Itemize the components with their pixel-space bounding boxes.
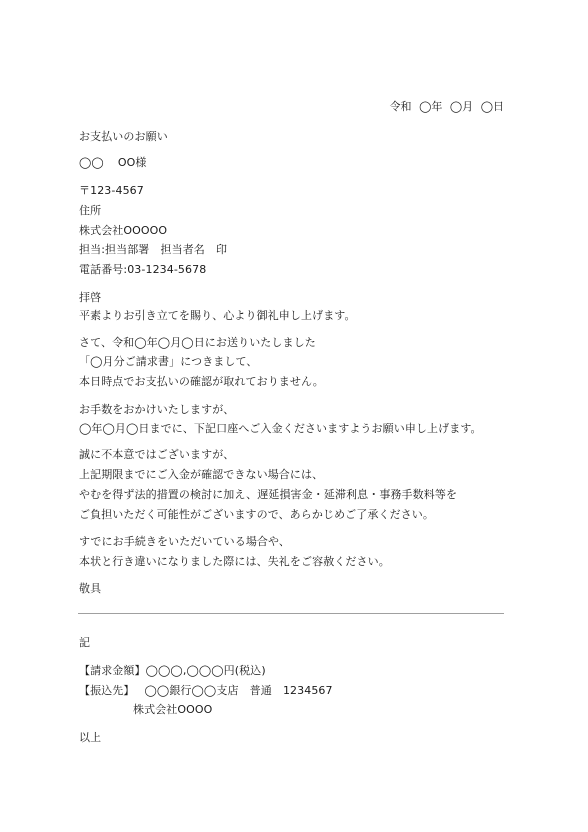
para4-line1: すでにお手続きをいただいている場合や、 (79, 535, 290, 549)
closing-salutation: 敬具 (79, 582, 101, 596)
date-day: ◯日 (481, 100, 504, 113)
account-label: 【振込先】 (79, 684, 135, 698)
end-mark: 以上 (79, 731, 101, 745)
para3-line1: 誠に不本意ではございますが、 (79, 448, 234, 462)
sender-contact: 担当:担当部署 担当者名 印 (79, 243, 227, 257)
sender-postal: 〒123-4567 (79, 184, 144, 198)
amount-row: 【請求金額】◯◯◯,◯◯◯円(税込) (79, 664, 266, 678)
greeting-line: 平素よりお引き立てを賜り、心より御礼申し上げます。 (79, 309, 356, 323)
account-row: 【振込先】◯◯銀行◯◯支店 普通 1234567 (79, 684, 333, 698)
sender-address: 住所 (79, 204, 101, 218)
sender-phone: 電話番号:03-1234-5678 (79, 263, 206, 277)
para1-line2: 「◯月分ご請求書」につきまして、 (79, 355, 257, 369)
sender-company: 株式会社OOOOO (79, 224, 167, 238)
account-value: ◯◯銀行◯◯支店 普通 1234567 (145, 684, 333, 697)
date-month: ◯月 (450, 100, 473, 113)
issue-date: 令和 ◯年 ◯月 ◯日 (390, 100, 504, 114)
document-title: お支払いのお願い (79, 130, 168, 144)
opening-salutation: 拝啓 (79, 291, 101, 305)
recipient: ◯◯OO様 (79, 156, 146, 170)
para4-line2: 本状と行き違いになりました際には、失礼をご容赦ください。 (79, 555, 390, 569)
para3-line4: ご負担いただく可能性がございますので、あらかじめご了承ください。 (79, 508, 434, 522)
para3-line2: 上記期限までにご入金が確認できない場合には、 (79, 468, 323, 482)
account-holder: 株式会社OOOO (133, 703, 212, 717)
para1-line3: 本日時点でお支払いの確認が取れておりません。 (79, 375, 324, 389)
para1-line1: さて、令和◯年◯月◯日にお送りいたしました (79, 336, 316, 350)
amount-label: 【請求金額】 (79, 664, 146, 678)
divider-line (78, 613, 504, 614)
recipient-company: ◯◯ (79, 156, 104, 169)
amount-value: ◯◯◯,◯◯◯円(税込) (146, 664, 266, 677)
date-year: ◯年 (419, 100, 442, 113)
date-era: 令和 (390, 100, 412, 113)
para2-line2: ◯年◯月◯日までに、下記口座へご入金くださいますようお願い申し上げます。 (79, 422, 482, 436)
notes-heading: 記 (79, 636, 90, 650)
document-page: 令和 ◯年 ◯月 ◯日 お支払いのお願い ◯◯OO様 〒123-4567 住所 … (0, 0, 588, 832)
para2-line1: お手数をおかけいたしますが、 (79, 403, 234, 417)
recipient-name: OO様 (118, 156, 147, 169)
para3-line3: やむを得ず法的措置の検討に加え、遅延損害金・延滞利息・事務手数料等を (79, 488, 457, 502)
